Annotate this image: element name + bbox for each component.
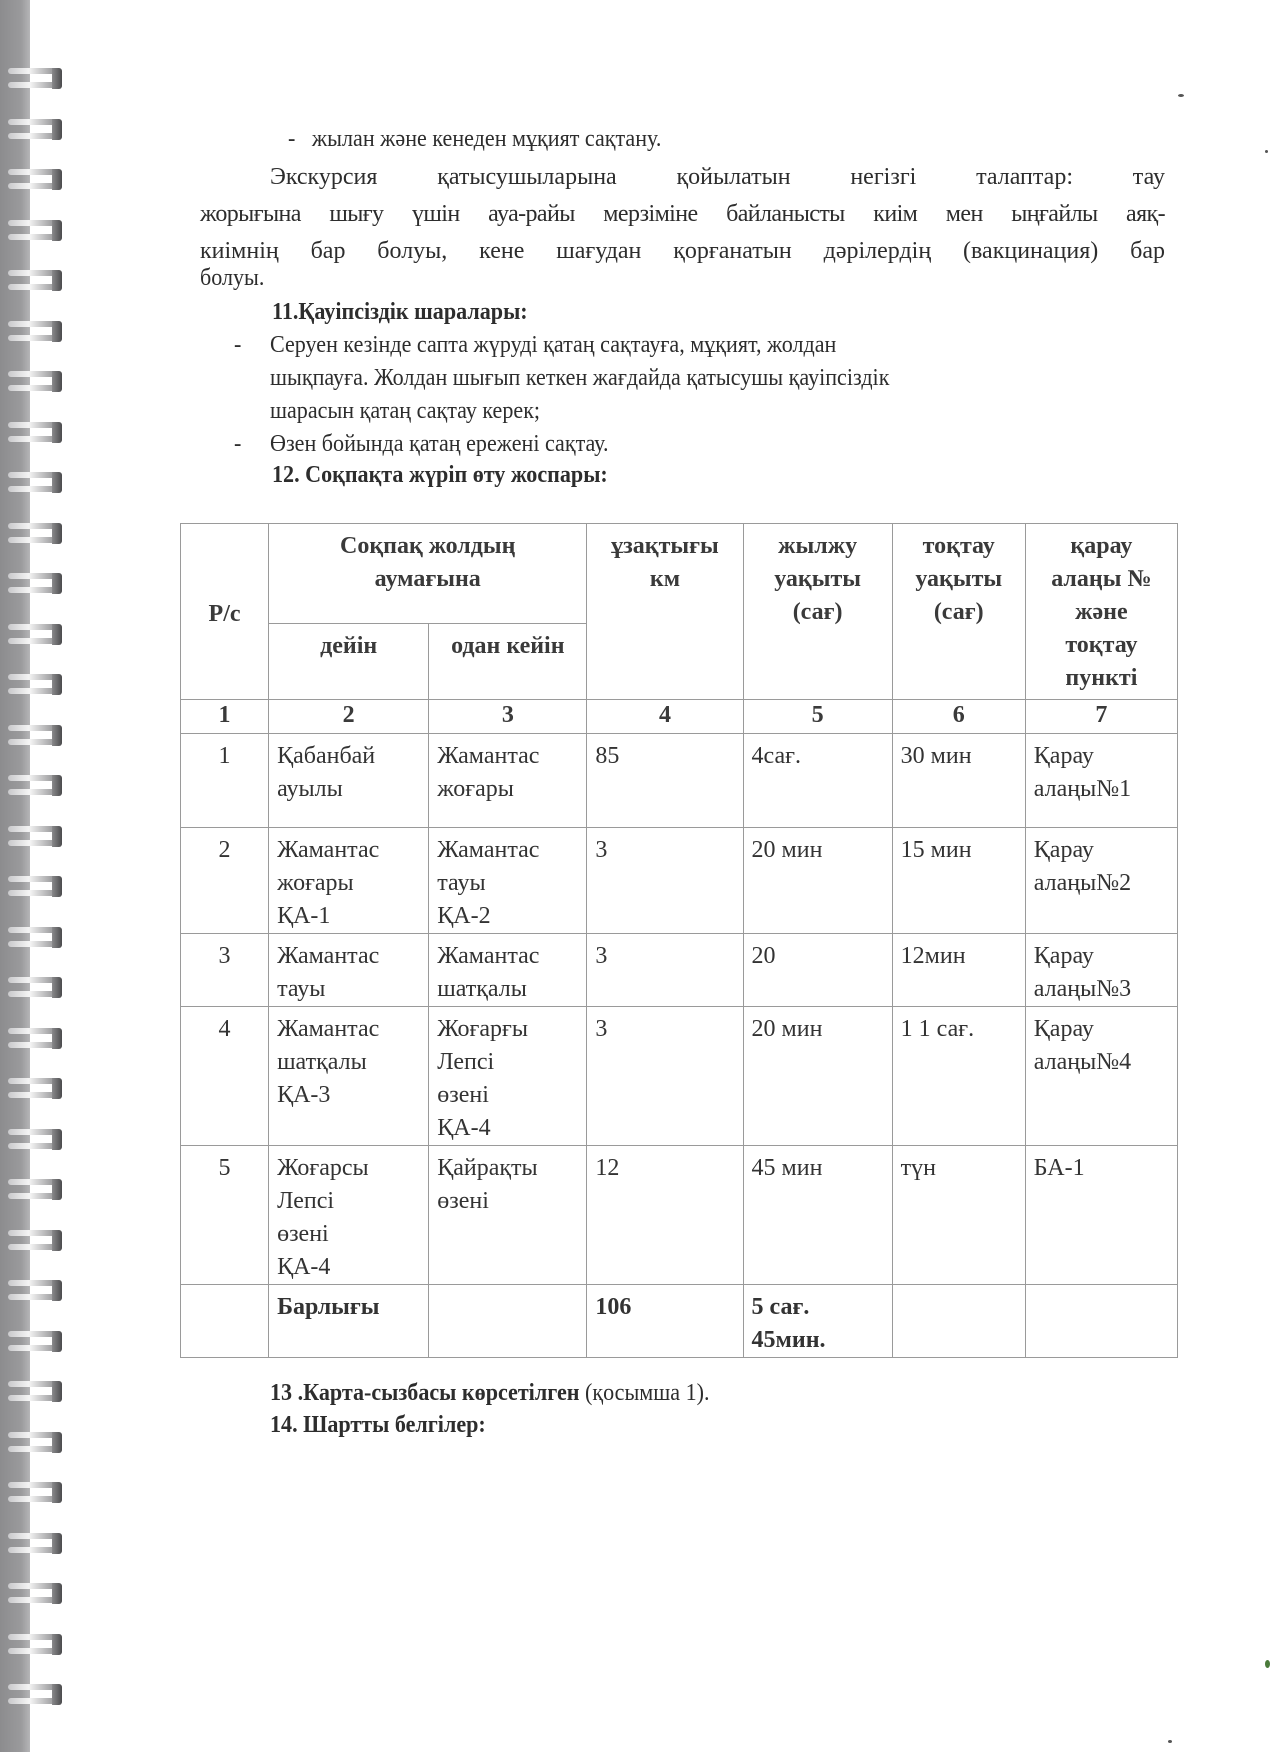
total-empty bbox=[1025, 1285, 1177, 1358]
cell-stop-time: 1 1 сағ. bbox=[892, 1007, 1025, 1146]
section-11-heading: 11.Қауіпсіздік шаралары: bbox=[272, 297, 528, 327]
header-length: ұзақтығы км bbox=[587, 524, 743, 700]
cell-length: 3 bbox=[587, 1007, 743, 1146]
cell-travel-time: 20 мин bbox=[743, 1007, 892, 1146]
binding-coil bbox=[8, 1280, 66, 1302]
binding-coil bbox=[8, 1078, 66, 1100]
header-travel-time: жылжу уақыты (сағ) bbox=[743, 524, 892, 700]
table-header-row: Р/с Соқпақ жолдың аумағына ұзақтығы км ж… bbox=[181, 524, 1178, 624]
scan-speck bbox=[1168, 1740, 1172, 1743]
cell-length: 85 bbox=[587, 734, 743, 828]
header-stop-time: тоқтау уақыты (сағ) bbox=[892, 524, 1025, 700]
binding-coil bbox=[8, 1432, 66, 1454]
binding-coil bbox=[8, 169, 66, 191]
index-cell: 1 bbox=[181, 700, 269, 734]
binding-coil bbox=[8, 927, 66, 949]
total-label: Барлығы bbox=[269, 1285, 429, 1358]
bullet-line: Серуен кезінде сапта жүруді қатаң сақтау… bbox=[270, 330, 836, 360]
binding-coil bbox=[8, 1533, 66, 1555]
bullet-text: жылан және кенеден мұқият сақтану. bbox=[312, 126, 661, 152]
binding-coil bbox=[8, 573, 66, 595]
index-cell: 4 bbox=[587, 700, 743, 734]
binding-coil bbox=[8, 371, 66, 393]
cell-length: 3 bbox=[587, 828, 743, 934]
paragraph-line: киімнің бар болуы, кене шағудан қорғанат… bbox=[200, 236, 1165, 266]
index-cell: 2 bbox=[269, 700, 429, 734]
route-plan-table: Р/с Соқпақ жолдың аумағына ұзақтығы км ж… bbox=[180, 523, 1178, 1358]
cell-viewpoint: Қарауалаңы№3 bbox=[1025, 934, 1177, 1007]
total-length: 106 bbox=[587, 1285, 743, 1358]
section-13-heading: 13 .Карта-сызбасы көрсетілген bbox=[270, 1380, 579, 1406]
cell-from: Жамантасшатқалы bbox=[429, 934, 587, 1007]
table-body: 1ҚабанбайауылыЖамантасжоғары854сағ.30 ми… bbox=[181, 734, 1178, 1285]
binding-coil bbox=[8, 1482, 66, 1504]
index-cell: 6 bbox=[892, 700, 1025, 734]
cell-rs: 1 bbox=[181, 734, 269, 828]
table-total-row: Барлығы 106 5 сағ. 45мин. bbox=[181, 1285, 1178, 1358]
binding-coil bbox=[8, 1381, 66, 1403]
cell-travel-time: 45 мин bbox=[743, 1146, 892, 1285]
binding-coil bbox=[8, 1179, 66, 1201]
binding-coil bbox=[8, 422, 66, 444]
dash: - bbox=[288, 126, 312, 152]
header-to: дейін bbox=[269, 624, 429, 700]
binding-coil bbox=[8, 523, 66, 545]
cell-length: 12 bbox=[587, 1146, 743, 1285]
binding-coil bbox=[8, 1331, 66, 1353]
cell-length: 3 bbox=[587, 934, 743, 1007]
binding-coil bbox=[8, 321, 66, 343]
binding-coil bbox=[8, 624, 66, 646]
bullet-line: шықпауға. Жолдан шығып кеткен жағдайда қ… bbox=[270, 363, 889, 393]
scan-speck bbox=[1178, 94, 1184, 97]
cell-rs: 3 bbox=[181, 934, 269, 1007]
scan-speck bbox=[1265, 150, 1268, 153]
total-empty bbox=[429, 1285, 587, 1358]
cell-from: Жамантасжоғары bbox=[429, 734, 587, 828]
binding-coil bbox=[8, 1028, 66, 1050]
cell-from: Қайрақтыөзені bbox=[429, 1146, 587, 1285]
cell-stop-time: 15 мин bbox=[892, 828, 1025, 934]
binding-coil bbox=[8, 68, 66, 90]
bullet-line: Өзен бойында қатаң ережені сақтау. bbox=[270, 429, 609, 459]
binding-coil bbox=[8, 270, 66, 292]
cell-rs: 5 bbox=[181, 1146, 269, 1285]
index-cell: 5 bbox=[743, 700, 892, 734]
table-row: 5ЖоғарсыЛепсіөзеніҚА-4Қайрақтыөзені1245 … bbox=[181, 1146, 1178, 1285]
table-row: 2ЖамантасжоғарыҚА-1ЖамантастауыҚА-2320 м… bbox=[181, 828, 1178, 934]
cell-travel-time: 20 мин bbox=[743, 828, 892, 934]
binding-coil bbox=[8, 1684, 66, 1706]
binding-coil bbox=[8, 977, 66, 999]
total-travel-time: 5 сағ. 45мин. bbox=[743, 1285, 892, 1358]
section-14-heading: 14. Шартты белгілер: bbox=[270, 1410, 486, 1440]
dash: - bbox=[234, 330, 241, 360]
cell-to: ЖамантасжоғарыҚА-1 bbox=[269, 828, 429, 934]
cell-stop-time: 12мин bbox=[892, 934, 1025, 1007]
binding-coil bbox=[8, 876, 66, 898]
binding-coil bbox=[8, 1230, 66, 1252]
cell-viewpoint: Қарауалаңы№4 bbox=[1025, 1007, 1177, 1146]
binding-coil bbox=[8, 725, 66, 747]
binding-coil bbox=[8, 1634, 66, 1656]
bullet-top: - жылан және кенеден мұқият сақтану. bbox=[288, 124, 661, 154]
binding-coil bbox=[8, 220, 66, 242]
cell-to: Қабанбайауылы bbox=[269, 734, 429, 828]
index-cell: 7 bbox=[1025, 700, 1177, 734]
total-empty bbox=[181, 1285, 269, 1358]
binding-coil bbox=[8, 1129, 66, 1151]
binding-coil bbox=[8, 826, 66, 848]
binding-coil bbox=[8, 775, 66, 797]
table-row: 4ЖамантасшатқалыҚА-3ЖоғарғыЛепсіөзеніҚА-… bbox=[181, 1007, 1178, 1146]
bullet-line: шарасын қатаң сақтау керек; bbox=[270, 396, 540, 426]
index-cell: 3 bbox=[429, 700, 587, 734]
header-rs: Р/с bbox=[181, 524, 269, 700]
cell-from: ЖамантастауыҚА-2 bbox=[429, 828, 587, 934]
cell-stop-time: 30 мин bbox=[892, 734, 1025, 828]
cell-to: Жамантастауы bbox=[269, 934, 429, 1007]
header-trail-area: Соқпақ жолдың аумағына bbox=[269, 524, 587, 624]
cell-travel-time: 20 bbox=[743, 934, 892, 1007]
cell-rs: 4 bbox=[181, 1007, 269, 1146]
cell-viewpoint: Қарауалаңы№1 bbox=[1025, 734, 1177, 828]
binding-coil bbox=[8, 472, 66, 494]
dash: - bbox=[234, 429, 241, 459]
cell-to: ЖоғарсыЛепсіөзеніҚА-4 bbox=[269, 1146, 429, 1285]
table-row: 1ҚабанбайауылыЖамантасжоғары854сағ.30 ми… bbox=[181, 734, 1178, 828]
cell-viewpoint: БА-1 bbox=[1025, 1146, 1177, 1285]
binding-coil bbox=[8, 674, 66, 696]
binding-coil bbox=[8, 1583, 66, 1605]
cell-rs: 2 bbox=[181, 828, 269, 934]
table-row: 3ЖамантастауыЖамантасшатқалы32012минҚара… bbox=[181, 934, 1178, 1007]
header-from: одан кейін bbox=[429, 624, 587, 700]
table-index-row: 1 2 3 4 5 6 7 bbox=[181, 700, 1178, 734]
spiral-binding bbox=[0, 0, 70, 1752]
section-13: 13 .Карта-сызбасы көрсетілген (қосымша 1… bbox=[270, 1378, 710, 1408]
paragraph-line: Экскурсия қатысушыларына қойылатын негіз… bbox=[270, 162, 1165, 192]
cell-to: ЖамантасшатқалыҚА-3 bbox=[269, 1007, 429, 1146]
scan-speck bbox=[1265, 1660, 1270, 1668]
cell-stop-time: түн bbox=[892, 1146, 1025, 1285]
cell-viewpoint: Қарауалаңы№2 bbox=[1025, 828, 1177, 934]
total-empty bbox=[892, 1285, 1025, 1358]
cell-travel-time: 4сағ. bbox=[743, 734, 892, 828]
cell-from: ЖоғарғыЛепсіөзеніҚА-4 bbox=[429, 1007, 587, 1146]
section-12-heading: 12. Соқпақта жүріп өту жоспары: bbox=[272, 460, 608, 490]
binding-coil bbox=[8, 119, 66, 141]
paragraph-line: жорығына шығу үшін ауа-райы мерзіміне ба… bbox=[200, 199, 1165, 229]
paragraph-line: болуы. bbox=[200, 263, 264, 293]
header-viewpoint: қарау алаңы № және тоқтау пункті bbox=[1025, 524, 1177, 700]
section-13-note: (қосымша 1). bbox=[579, 1380, 709, 1406]
